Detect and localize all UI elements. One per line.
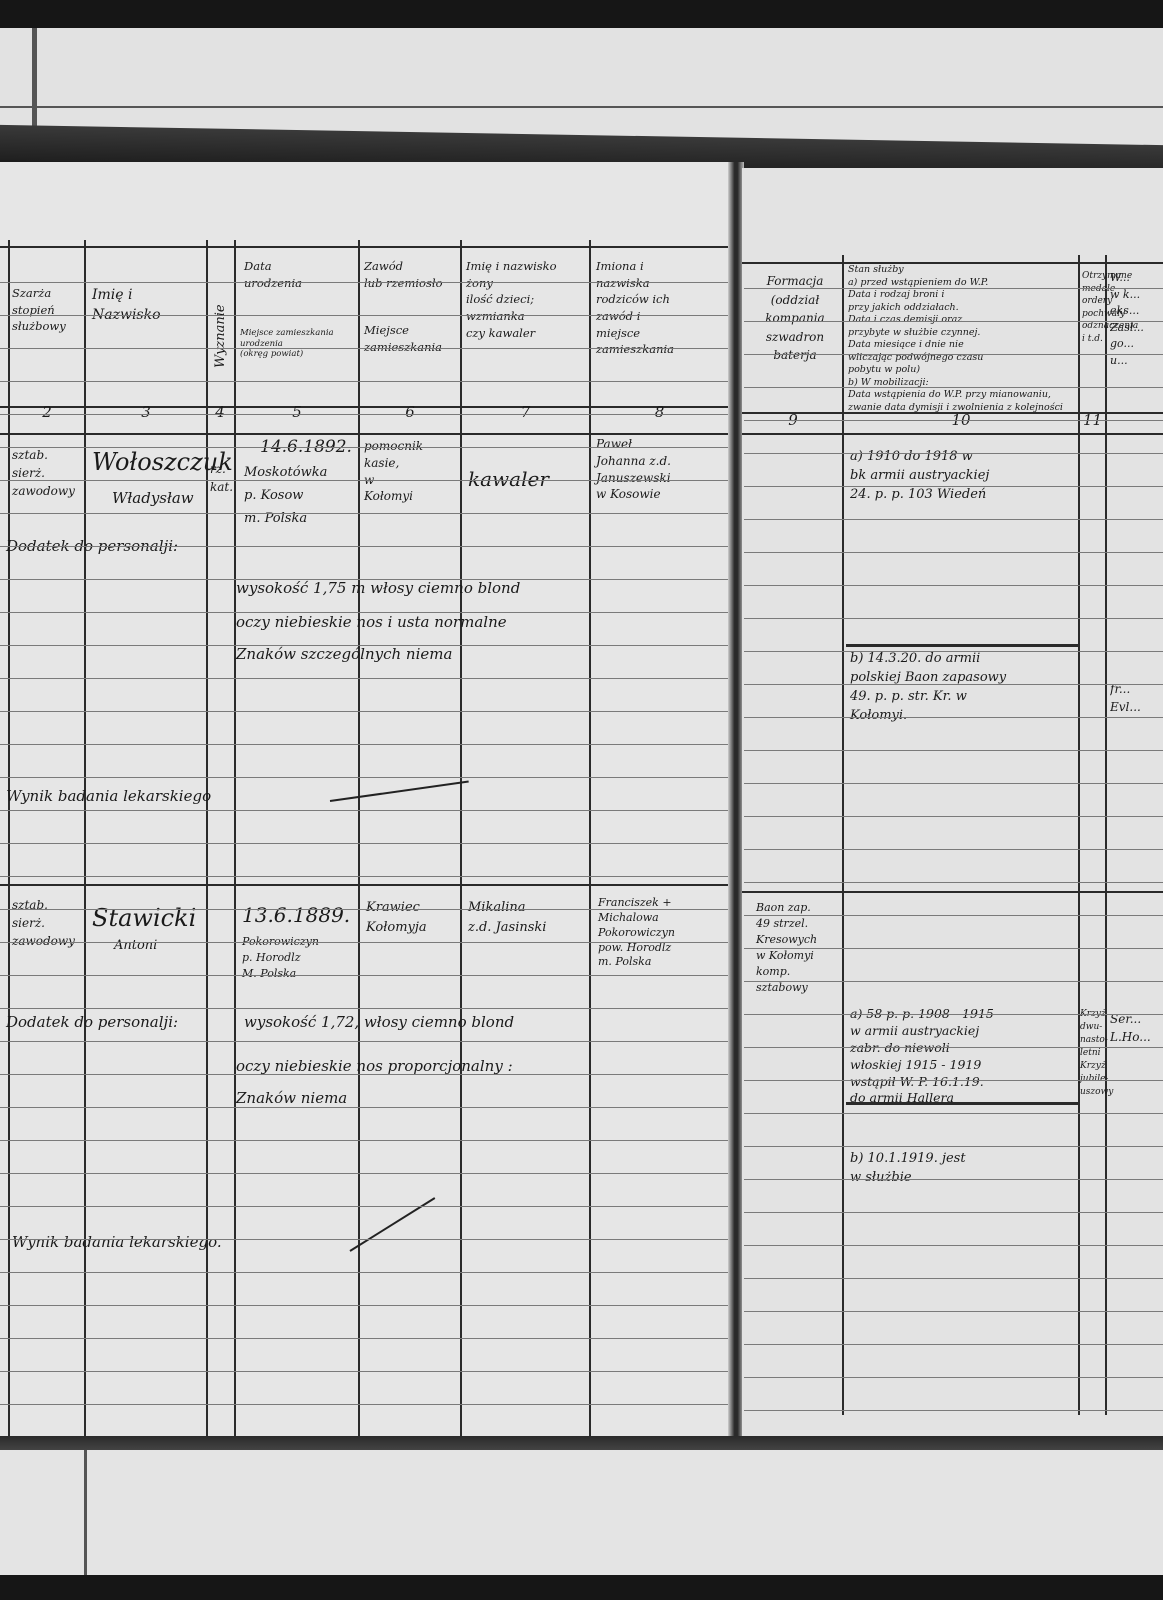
ruled-line	[0, 1140, 728, 1141]
ruled-line	[744, 1212, 1163, 1213]
ruled-line	[0, 348, 728, 349]
ruled-line	[0, 315, 728, 316]
column-number-6: 6	[360, 402, 460, 422]
entry-2-col-12-fragment: Ser... L.Ho...	[1110, 1010, 1163, 1046]
entry-2-first-name: Antoni	[114, 936, 204, 956]
ruled-line	[0, 480, 728, 481]
ruled-line	[744, 816, 1163, 817]
entry-1-birth-place: Moskotówka p. Kosow m. Polska	[244, 462, 358, 530]
ruled-line	[0, 381, 728, 382]
ruled-line	[0, 1041, 728, 1042]
entry-1-medical-label: Wynik badania lekarskiego	[6, 786, 326, 806]
ruled-line	[744, 552, 1163, 553]
ruled-line	[0, 777, 728, 778]
ruled-line	[744, 1014, 1163, 1015]
ruled-line	[744, 453, 1163, 454]
header-name: Imię i Nazwisko	[92, 285, 202, 326]
ruled-line	[744, 948, 1163, 949]
ruled-line	[744, 486, 1163, 487]
ruled-line	[0, 876, 728, 877]
ruled-line	[0, 1074, 728, 1075]
ruled-line	[0, 1206, 728, 1207]
ruled-line	[0, 282, 728, 283]
ruled-line	[744, 915, 1163, 916]
column-number-8: 8	[591, 402, 728, 422]
entry-1-first-name: Władysław	[112, 488, 204, 508]
column-number-3: 3	[86, 402, 206, 422]
header-awards: Otrzymane medale ordery pochwały odznacz…	[1082, 270, 1106, 346]
ruled-line	[0, 678, 728, 679]
header-birth-place: Miejsce zamieszkania urodzenia (okręg po…	[240, 328, 356, 360]
entry-1-addendum-line-3: Znaków szczególnych niema	[236, 644, 706, 664]
header-birth: Data urodzenia	[244, 258, 356, 291]
ruled-line	[744, 618, 1163, 619]
ruled-line	[744, 519, 1163, 520]
entry-1-religion: rz. kat.	[210, 460, 234, 496]
ruled-line	[744, 1047, 1163, 1048]
header-formation: Formacja (oddział kompania szwadron bate…	[750, 272, 840, 365]
entry-2-awards: Krzyż dwu- nasto- letni Krzyż jubile- us…	[1080, 1008, 1106, 1099]
ruled-line	[744, 849, 1163, 850]
ruled-line	[0, 942, 728, 943]
entry-2-parents: Franciszek + Michalowa Pokorowiczyn pow.…	[598, 896, 724, 970]
ruled-line	[744, 1311, 1163, 1312]
ruled-line	[0, 1338, 728, 1339]
ruled-line	[0, 744, 728, 745]
ruled-line	[0, 1107, 728, 1108]
ruled-line	[0, 612, 728, 613]
ruled-line	[744, 1245, 1163, 1246]
column-number-2: 2	[10, 402, 84, 422]
entry-1-rank: sztab. sierż. zawodowy	[12, 446, 84, 500]
ruled-line	[0, 579, 728, 580]
ruled-line	[0, 975, 728, 976]
entry-2-wife: Mikalina z.d. Jasinski	[468, 898, 588, 937]
ruled-line	[0, 447, 728, 448]
entry-2-service-mobilization: b) 10.1.1919. jest w służbie	[850, 1150, 1076, 1188]
ruled-line	[744, 1278, 1163, 1279]
ruled-line	[0, 513, 728, 514]
ruled-line	[0, 1239, 728, 1240]
ruled-line	[0, 909, 728, 910]
ruled-line	[744, 750, 1163, 751]
entry-2-birth-date: 13.6.1889.	[242, 902, 358, 929]
ruled-line	[0, 711, 728, 712]
ruled-line	[744, 783, 1163, 784]
next-frame-strip	[0, 1450, 1163, 1575]
header-religion: Wyznanie	[212, 258, 230, 368]
ruled-line	[744, 651, 1163, 652]
ruled-line	[744, 1080, 1163, 1081]
ruled-line	[744, 1377, 1163, 1378]
ruled-line	[0, 546, 728, 547]
entry-2-surname: Stawicki	[92, 902, 204, 934]
entry-2-addendum-label: Dodatek do personalji:	[6, 1012, 238, 1032]
entry-1-service-mobilization: b) 14.3.20. do armii polskiej Baon zapas…	[850, 650, 1076, 725]
header-wife-children: Imię i nazwisko żony ilość dzieci; wzmia…	[466, 258, 586, 341]
ruled-line	[0, 1272, 728, 1273]
ruled-line	[0, 1173, 728, 1174]
ruled-line	[0, 1404, 728, 1405]
column-number-5: 5	[236, 402, 358, 422]
ruled-line	[744, 1146, 1163, 1147]
entry-2-service-before: a) 58 p. p. 1908 - 1915 w armii austryac…	[850, 1006, 1076, 1107]
film-border-top	[0, 0, 1163, 28]
ruled-line	[744, 321, 1163, 322]
ruled-line	[744, 684, 1163, 685]
entry-1-service-before: a) 1910 do 1918 w bk armii austryackiej …	[850, 448, 1076, 505]
entry-1-addendum-line-1: wysokość 1,75 m włosy ciemno blond	[236, 578, 706, 598]
header-parents: Imiona i nazwiska rodziców ich zawód i m…	[596, 258, 722, 358]
ruled-line	[744, 717, 1163, 718]
header-service-record: Stan służby a) przed wstąpieniem do W.P.…	[848, 264, 1076, 414]
entry-2-occupation: Krawiec Kołomyja	[366, 898, 458, 937]
ruled-line	[744, 387, 1163, 388]
ruled-line	[744, 981, 1163, 982]
ruled-line	[744, 288, 1163, 289]
entry-1-occupation: pomocnik kasie, w Kołomyi	[364, 438, 458, 505]
ruled-line	[744, 1344, 1163, 1345]
entry-1-addendum-line-2: oczy niebieskie nos i usta normalne	[236, 612, 706, 632]
header-rank: Szarża stopień służbowy	[12, 285, 84, 335]
header-occupation: Zawód lub rzemiosło	[364, 258, 458, 291]
ruled-line	[0, 1305, 728, 1306]
ruled-line	[744, 1410, 1163, 1411]
ruled-line	[0, 414, 728, 415]
ruled-line	[744, 585, 1163, 586]
entry-1-surname: Wołoszczuk	[92, 446, 204, 478]
entry-2-addendum-line-3: Znaków niema	[236, 1088, 706, 1108]
ruled-line	[744, 1179, 1163, 1180]
ruled-line	[0, 645, 728, 646]
ruled-line	[0, 843, 728, 844]
entry-2-medical-label: Wynik badania lekarskiego.	[12, 1232, 352, 1252]
ruled-line	[0, 1008, 728, 1009]
column-number-7: 7	[462, 402, 589, 422]
ruled-line	[744, 1113, 1163, 1114]
header-residence: Miejsce zamieszkania	[364, 322, 458, 355]
ruled-line	[0, 1371, 728, 1372]
ruled-line	[0, 810, 728, 811]
film-border-bottom	[0, 1575, 1163, 1600]
entry-1-col-12-fragment: fr... Evl...	[1110, 680, 1163, 716]
ruled-line	[744, 882, 1163, 883]
column-number-4: 4	[206, 402, 234, 422]
ruled-line	[744, 354, 1163, 355]
entry-2-addendum-line-1: wysokość 1,72, włosy ciemno blond	[244, 1012, 714, 1032]
ruled-line	[744, 420, 1163, 421]
